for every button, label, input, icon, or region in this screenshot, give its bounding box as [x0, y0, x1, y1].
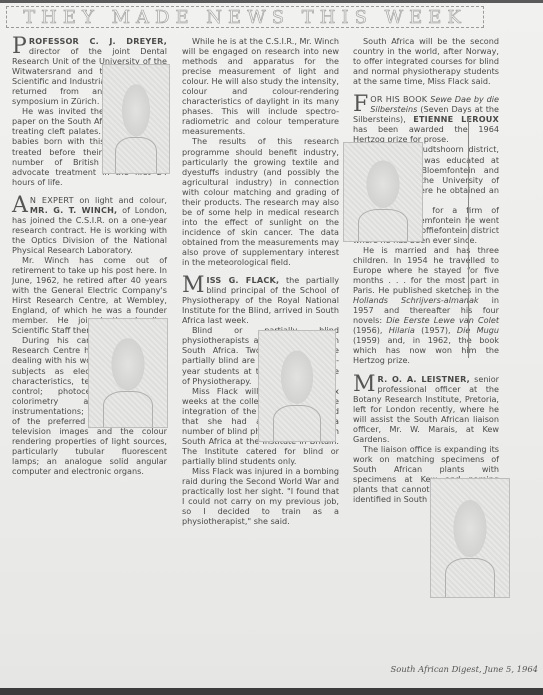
portrait-photo-winch — [88, 318, 168, 428]
top-border — [0, 0, 543, 3]
story-lead-name: ETIENNE LEROUX — [413, 114, 499, 124]
column-3: South Africa will be the second country … — [353, 36, 499, 504]
dropcap: M — [353, 375, 376, 394]
newspaper-clipping: THEY MADE NEWS THIS WEEK P ROFESSOR C. J… — [0, 0, 543, 695]
portrait-photo-leroux — [343, 142, 423, 242]
dropcap: M — [182, 276, 205, 295]
dropcap: P — [12, 37, 27, 56]
story-lead-name: ISS G. FLACK, — [207, 275, 280, 285]
story-lead-name: R. O. A. LEISTNER, — [378, 374, 470, 384]
portrait-photo-leistner — [430, 478, 510, 598]
dropcap: F — [353, 95, 368, 114]
source-credit: South African Digest, June 5, 1964 — [368, 664, 538, 674]
column-2: While he is at the C.S.I.R., Mr. Winch w… — [182, 36, 339, 526]
masthead-banner: THEY MADE NEWS THIS WEEK — [6, 6, 484, 28]
story-dreyer: P ROFESSOR C. J. DREYER, director of the… — [12, 36, 167, 187]
story-lead-name: MR. G. T. WINCH, — [30, 205, 117, 215]
column-rule — [468, 118, 469, 358]
story-lead-name: ROFESSOR C. J. DREYER, — [29, 36, 167, 46]
portrait-photo-flack — [258, 330, 336, 442]
bottom-border — [0, 688, 543, 695]
portrait-photo-dreyer — [102, 64, 170, 174]
dropcap: A — [12, 196, 28, 215]
masthead-title: THEY MADE NEWS THIS WEEK — [23, 7, 467, 28]
